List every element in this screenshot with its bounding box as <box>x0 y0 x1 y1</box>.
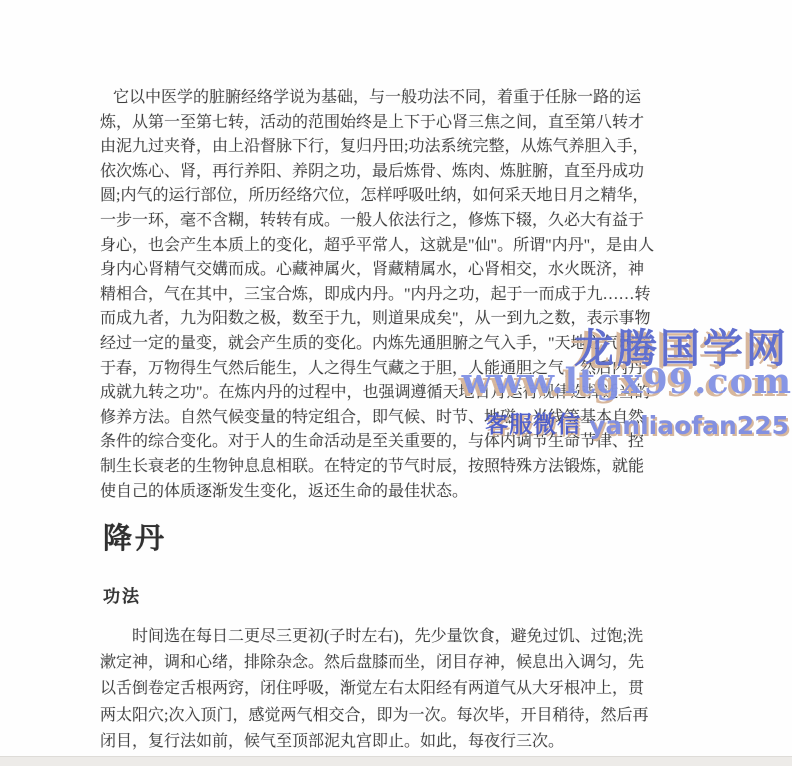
text-line: 两太阳穴;次入顶门，感觉两气相交合，即为一次。每次毕，开目稍待，然后再 <box>100 703 700 729</box>
text-line: 以舌倒卷定舌根两窍，闭住呼吸，渐觉左右太阳经有两道气从大牙根冲上，贯 <box>100 676 700 702</box>
text-line: 时间选在每日二更尽三更初(子时左右)，先少量饮食，避免过饥、过饱;洗 <box>100 624 700 650</box>
text-line: 炼，从第一至第七转，活动的范围始终是上下于心肾三焦之间，直至第八转才 <box>100 111 700 136</box>
paragraph-method: 时间选在每日二更尽三更初(子时左右)，先少量饮食，避免过饥、过饱;洗漱定神，调和… <box>100 624 700 755</box>
text-line: 身心，也会产生本质上的变化，超乎平常人，这就是"仙"。所谓"内丹"，是由人 <box>100 234 700 259</box>
text-line: 经过一定的量变，就会产生质的变化。内炼先通胆腑之气入手，"天地之气萌发 <box>100 332 700 357</box>
text-line: 由泥九过夹脊，由上沿督脉下行，复归丹田;功法系统完整，从炼气养胆入手， <box>100 135 700 160</box>
text-line: 修养方法。自然气候变量的特定组合，即气候、时节、地磁、光线等基本自然 <box>100 406 700 431</box>
text-line: 而成九者，九为阳数之极，数至于九，则道果成矣"，从一到九之数，表示事物 <box>100 307 700 332</box>
section-heading: 降丹 <box>103 516 167 557</box>
text-line: 身内心肾精气交媾而成。心藏神属火，肾藏精属水，心肾相交，水火既济，神 <box>100 258 700 283</box>
text-line: 精相合，气在其中，三宝合炼，即成内丹。"内丹之功，起于一而成于九……转 <box>100 283 700 308</box>
document-page: 它以中医学的脏腑经络学说为基础，与一般功法不同，着重于任脉一路的运炼，从第一至第… <box>0 0 792 766</box>
page-bottom-edge <box>0 756 792 766</box>
text-line: 它以中医学的脏腑经络学说为基础，与一般功法不同，着重于任脉一路的运 <box>100 86 700 111</box>
text-line: 条件的综合变化。对于人的生命活动是至关重要的，与体内调节生命节律、控 <box>100 430 700 455</box>
text-line: 于春，万物得生气然后能生，人之得生气藏之于胆，人能通胆之气，然后内丹 <box>100 357 700 382</box>
text-line: 闭目，复行法如前，候气至顶部泥丸宫即止。如此，每夜行三次。 <box>100 729 700 755</box>
text-line: 使自己的体质逐渐发生变化，返还生命的最佳状态。 <box>100 480 700 505</box>
text-line: 制生长衰老的生物钟息息相联。在特定的节气时辰，按照特殊方法锻炼，就能 <box>100 455 700 480</box>
text-line: 依次炼心、肾，再行养阳、养阴之功，最后炼骨、炼肉、炼脏腑，直至丹成功 <box>100 160 700 185</box>
text-line: 圆;内气的运行部位，所历经络穴位，怎样呼吸吐纳，如何采天地日月之精华， <box>100 184 700 209</box>
subsection-heading: 功法 <box>103 582 141 607</box>
text-line: 漱定神，调和心绪，排除杂念。然后盘膝而坐，闭目存神，候息出入调匀，先 <box>100 650 700 676</box>
paragraph-intro: 它以中医学的脏腑经络学说为基础，与一般功法不同，着重于任脉一路的运炼，从第一至第… <box>100 86 700 504</box>
text-line: 成就九转之功"。在炼内丹的过程中，也强调遵循天地日月运行规律选择适当的 <box>100 381 700 406</box>
text-line: 一步一环，毫不含糊，转转有成。一般人依法行之，修炼下辍，久必大有益于 <box>100 209 700 234</box>
